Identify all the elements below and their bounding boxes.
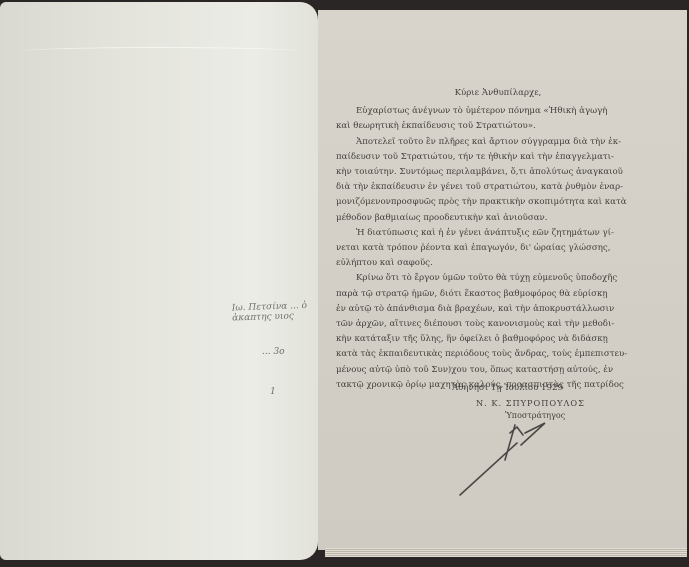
text-line: Κρίνω ὅτι τὸ ἔργον ὑμῶν τοῦτο θὰ τύχῃ εὐ…	[336, 271, 680, 286]
handwritten-note: Ιω. Πετσίνα ... ὁ ἀκαπτης υιος	[232, 301, 319, 324]
text-line: κὴν κατάταξιν τῆς ὕλης, ἣν ὀφείλει ὁ βαθ…	[336, 332, 680, 347]
salutation: Κύριε Ἀνθυπίλαρχε,	[316, 86, 680, 101]
text-line: μέθοδον βαθμιαίως προοδευτικὴν καὶ ἀνιοῦ…	[336, 211, 680, 226]
text-line: νεται κατὰ τρόπον ῥέοντα καὶ ἐπαγωγόν, δ…	[336, 241, 680, 256]
text-line: κατὰ τὰς ἐκπαιδευτικὰς περιόδους τοὺς ἄν…	[336, 347, 680, 362]
left-page: Ιω. Πετσίνα ... ὁ ἀκαπτης υιος ... 3ο 1	[0, 2, 318, 560]
text-line: τῶν ἀρχῶν, αἵτινες διέπουσι τοὺς κανονισ…	[336, 317, 680, 332]
letter-date: Ἀθήνησι 1ῃ Ἰουλίου 1929	[452, 383, 563, 393]
handwritten-note: ... 3ο	[262, 347, 285, 357]
text-line: Ἀποτελεῖ τοῦτο ἓν πλῆρες καὶ ἄρτιον σύγγ…	[336, 135, 680, 150]
paragraph: Ἡ διατύπωσις καὶ ἡ ἐν γένει ἀνάπτυξις εῶ…	[336, 226, 680, 272]
text-line: παρὰ τῷ στρατῷ ἡμῶν, διότι ἕκαστος βαθμο…	[336, 287, 680, 302]
paragraph: Εὐχαρίστως ἀνέγνων τὸ ὑμέτερον πόνημα «Ἠ…	[336, 104, 680, 134]
text-line: Ἡ διατύπωσις καὶ ἡ ἐν γένει ἀνάπτυξις εῶ…	[336, 226, 680, 241]
text-line: καὶ θεωρητικὴ ἐκπαίδευσις τοῦ Στρατιώτου…	[336, 119, 680, 134]
letter-body: Κύριε Ἀνθυπίλαρχε, Εὐχαρίστως ἀνέγνων τὸ…	[336, 86, 680, 393]
text-line: ἐν αὐτῷ τὸ ἀπάνθισμα διὰ βραχέων, καὶ τὴ…	[336, 302, 680, 317]
page-edges	[325, 548, 687, 557]
text-line: κὴν τοιαύτην. Συντόμως περιλαμβάνει, ὅ,τ…	[336, 165, 680, 180]
text-line: διὰ τὴν ἐκπαίδευσιν ἐν γένει τοῦ στρατιώ…	[336, 180, 680, 195]
text-line: μένους αὐτῷ ὑπὸ τοῦ Συν)χου του, ὅπως κα…	[336, 363, 680, 378]
text-line: μονιζόμενονπροσφυῶς πρὸς τὴν πρακτικὴν σ…	[336, 195, 680, 210]
text-line: παίδευσιν τοῦ Στρατιώτου, τήν τε ἠθικὴν …	[336, 150, 680, 165]
text-line: Εὐχαρίστως ἀνέγνων τὸ ὑμέτερον πόνημα «Ἠ…	[336, 104, 680, 119]
page-crease	[20, 47, 300, 56]
signatory-name: Ν. Κ. ΣΠΥΡΟΠΟΥΛΟΣ	[476, 398, 585, 408]
signature-icon	[455, 415, 565, 500]
paragraph: Ἀποτελεῖ τοῦτο ἓν πλῆρες καὶ ἄρτιον σύγγ…	[336, 135, 680, 226]
paragraph: Κρίνω ὅτι τὸ ἔργον ὑμῶν τοῦτο θὰ τύχῃ εὐ…	[336, 271, 680, 393]
text-line: εὐλήπτου καὶ σαφοῦς.	[336, 256, 680, 271]
handwritten-note: 1	[270, 387, 276, 397]
